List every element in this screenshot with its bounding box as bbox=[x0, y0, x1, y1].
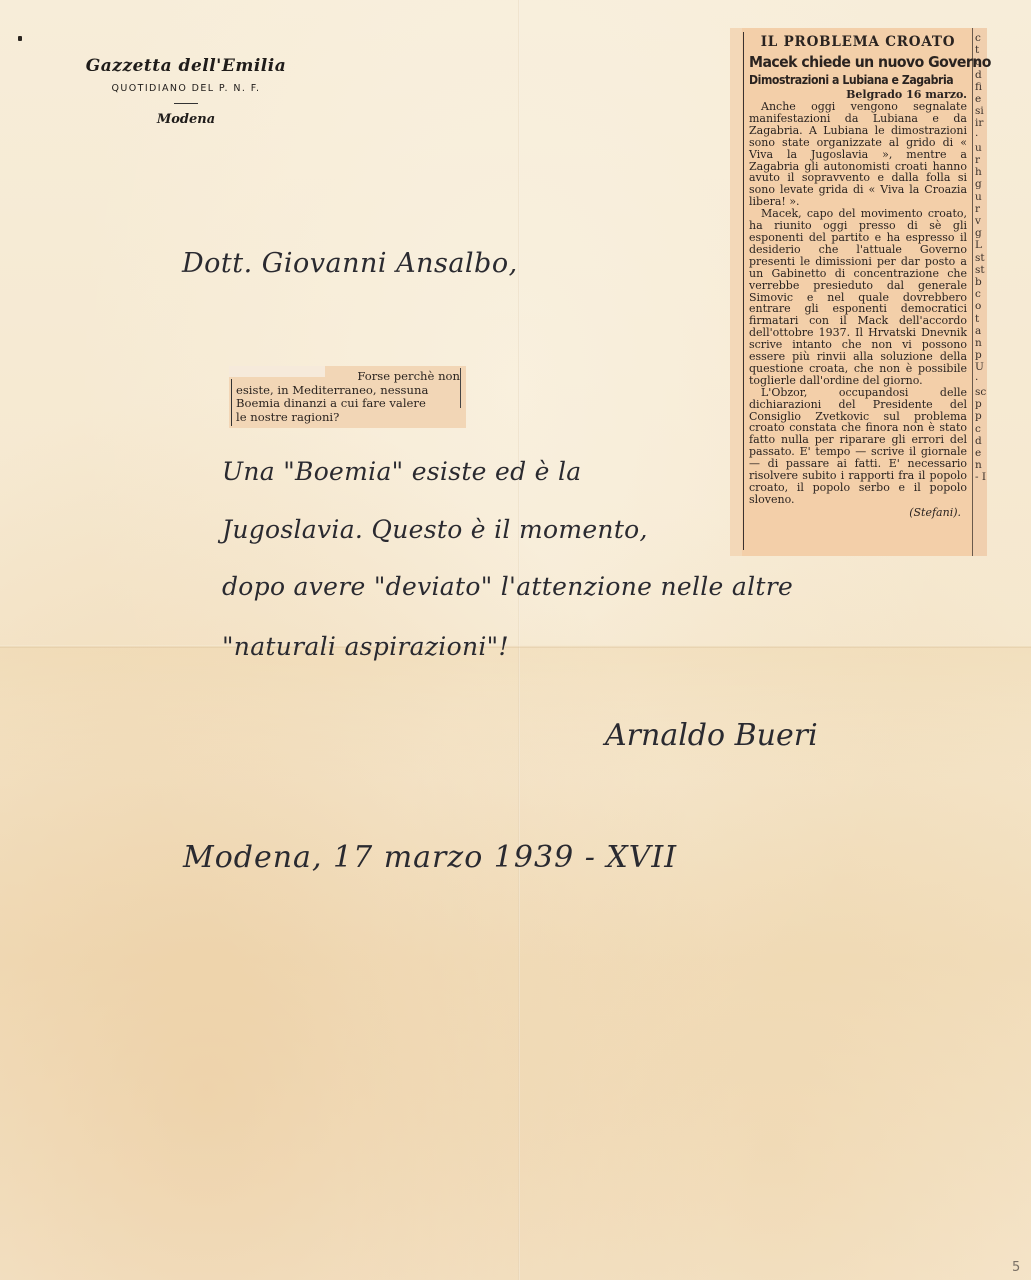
letter-body-line: dopo avere "deviato" l'attenzione nelle … bbox=[222, 572, 793, 601]
clipping-column-rule bbox=[743, 32, 744, 550]
clipping-line: esiste, in Mediterraneo, nessuna bbox=[236, 384, 460, 398]
letterhead-subtitle: QUOTIDIANO DEL P. N. F. bbox=[70, 83, 302, 94]
signature: Arnaldo Bueri bbox=[605, 718, 818, 753]
small-newspaper-clipping: Forse perchè non esiste, in Mediterraneo… bbox=[229, 366, 466, 428]
letterhead-divider bbox=[174, 103, 198, 104]
paper-stain-band bbox=[0, 645, 1031, 780]
letter-body-line: "naturali aspirazioni"! bbox=[222, 632, 509, 661]
vertical-fold-crease bbox=[518, 0, 520, 1280]
adjacent-column-fragment: c t c d fi e si ir · u r h g u r v g L s… bbox=[975, 32, 987, 484]
page-number: 5 bbox=[1012, 1260, 1020, 1275]
newspaper-article-clipping: c t c d fi e si ir · u r h g u r v g L s… bbox=[742, 28, 972, 556]
letterhead: Gazzetta dell'Emilia QUOTIDIANO DEL P. N… bbox=[70, 56, 302, 127]
place-and-date: Modena, 17 marzo 1939 - XVII bbox=[183, 840, 677, 875]
article-credit: (Stefani). bbox=[749, 506, 961, 519]
article-kicker: IL PROBLEMA CROATO bbox=[749, 34, 967, 50]
clipping-column-rule bbox=[460, 368, 461, 408]
article-paragraph: L'Obzor, occupandosi delle dichiarazioni… bbox=[749, 387, 967, 506]
letter-body-line: Jugoslavia. Questo è il momento, bbox=[222, 515, 648, 544]
article-subheadline: Dimostrazioni a Lubiana e Zagabria bbox=[749, 73, 943, 87]
clipping-left-margin bbox=[730, 28, 742, 556]
letterhead-title: Gazzetta dell'Emilia bbox=[70, 56, 302, 76]
clipping-column-rule bbox=[231, 379, 232, 426]
article-paragraph: Anche oggi vengono segnalate manifestazi… bbox=[749, 101, 967, 208]
horizontal-fold-crease bbox=[0, 645, 1031, 648]
salutation: Dott. Giovanni Ansalbo, bbox=[182, 248, 518, 279]
article-headline: Macek chiede un nuovo Governo bbox=[749, 53, 950, 71]
clipping-line: Boemia dinanzi a cui fare valere bbox=[236, 397, 460, 411]
corner-ink-mark bbox=[18, 36, 22, 41]
clipping-line: Forse perchè non bbox=[236, 370, 460, 384]
letter-body-line: Una "Boemia" esiste ed è la bbox=[222, 457, 582, 486]
letterhead-city: Modena bbox=[70, 112, 302, 127]
article-paragraph: Macek, capo del movimento croato, ha riu… bbox=[749, 208, 967, 387]
clipping-line: le nostre ragioni? bbox=[236, 411, 460, 425]
